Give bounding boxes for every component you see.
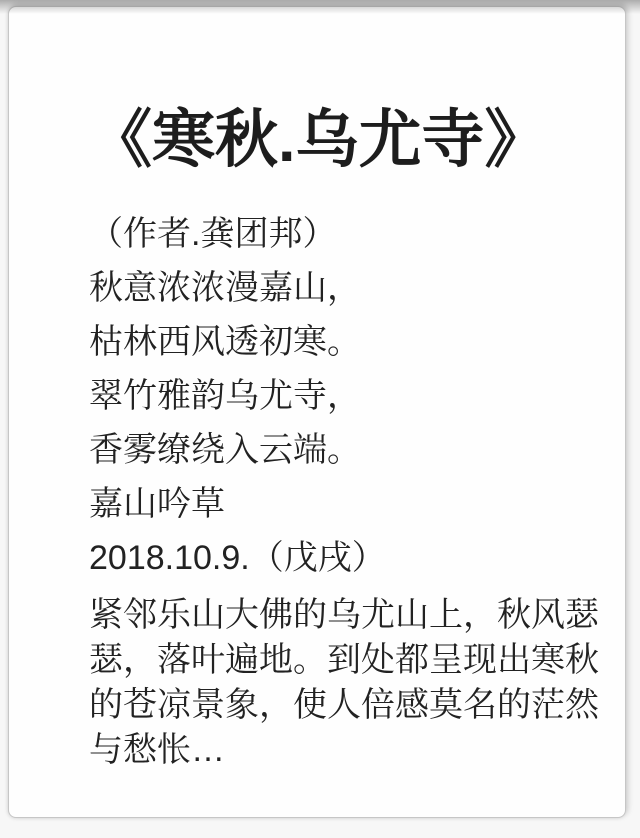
poem-collection-line: 嘉山吟草 [89,477,607,531]
poem-note-line: 瑟，落叶遍地。到处都呈现出寒秋 [89,638,607,683]
poem-body: （作者.龚团邦） 秋意浓浓漫嘉山， 枯林西风透初寒。 翠竹雅韵乌尤寺， 香雾缭绕… [89,207,607,585]
poem-date-line: 2018.10.9.（戊戌） [89,531,607,585]
poem-note-line: 的苍凉景象，使人倍感莫名的茫然 [89,683,607,728]
poem-author-line: （作者.龚团邦） [89,207,607,261]
poem-note: 紧邻乐山大佛的乌尤山上，秋风瑟 瑟，落叶遍地。到处都呈现出寒秋 的苍凉景象，使人… [89,593,607,773]
poem-verse-line: 翠竹雅韵乌尤寺， [89,369,607,423]
poem-verse-line: 香雾缭绕入云端。 [89,423,607,477]
poem-note-line: 与愁怅… [89,728,607,773]
poem-verse-line: 秋意浓浓漫嘉山， [89,261,607,315]
poem-title: 《寒秋.乌尤寺》 [89,103,607,177]
poem-note-line: 紧邻乐山大佛的乌尤山上，秋风瑟 [89,593,607,638]
poem-verse-line: 枯林西风透初寒。 [89,315,607,369]
poem-card: 《寒秋.乌尤寺》 （作者.龚团邦） 秋意浓浓漫嘉山， 枯林西风透初寒。 翠竹雅韵… [8,6,626,818]
